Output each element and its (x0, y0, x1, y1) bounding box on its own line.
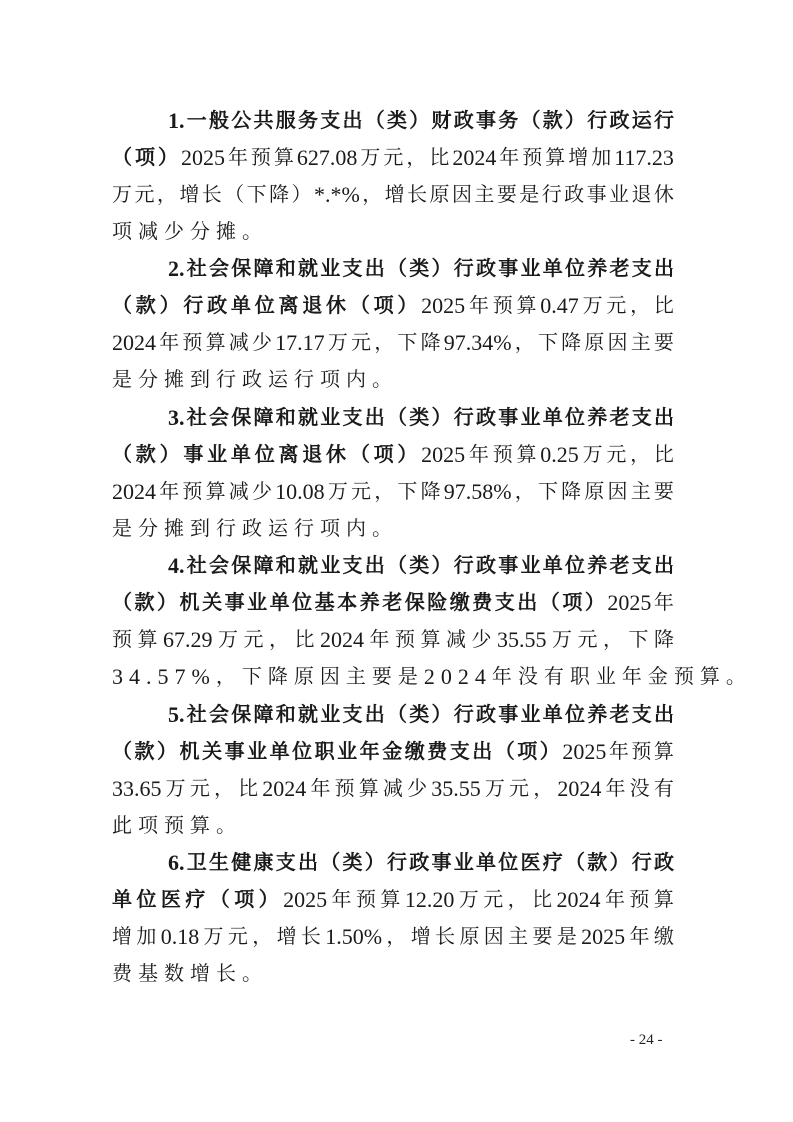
text-line: 5.社会保障和就业支出（类）行政事业单位养老支出 (112, 696, 674, 733)
text-line: 费基数增长。 (112, 955, 674, 992)
text-line: 是分摊到行政运行项内。 (112, 361, 674, 398)
budget-item-4: 4.社会保障和就业支出（类）行政事业单位养老支出（款）机关事业单位基本养老保险缴… (112, 547, 674, 695)
budget-item-3: 3.社会保障和就业支出（类）行政事业单位养老支出（款）事业单位离退休（项）202… (112, 399, 674, 547)
budget-item-2: 2.社会保障和就业支出（类）行政事业单位养老支出（款）行政单位离退休（项）202… (112, 250, 674, 398)
text-line: （款）事业单位离退休（项）2025年预算0.25万元，比 (112, 436, 674, 473)
text-line: 增加0.18万元，增长1.50%，增长原因主要是2025年缴 (112, 918, 674, 955)
text-line: （款）行政单位离退休（项）2025年预算0.47万元，比 (112, 287, 674, 324)
text-line: 预算67.29万元，比2024年预算减少35.55万元，下降 (112, 621, 674, 658)
text-line: 3.社会保障和就业支出（类）行政事业单位养老支出 (112, 399, 674, 436)
text-line: 4.社会保障和就业支出（类）行政事业单位养老支出 (112, 547, 674, 584)
text-line: 6.卫生健康支出（类）行政事业单位医疗（款）行政 (112, 844, 674, 881)
text-line: （款）机关事业单位基本养老保险缴费支出（项）2025年 (112, 584, 674, 621)
budget-item-1: 1.一般公共服务支出（类）财政事务（款）行政运行（项）2025年预算627.08… (112, 102, 674, 250)
text-line: 34.57%，下降原因主要是2024年没有职业年金预算。 (112, 658, 674, 695)
text-line: 单位医疗（项）2025年预算12.20万元，比2024年预算 (112, 881, 674, 918)
budget-item-5: 5.社会保障和就业支出（类）行政事业单位养老支出（款）机关事业单位职业年金缴费支… (112, 696, 674, 844)
budget-item-6: 6.卫生健康支出（类）行政事业单位医疗（款）行政单位医疗（项）2025年预算12… (112, 844, 674, 992)
text-line: （项）2025年预算627.08万元，比2024年预算增加117.23 (112, 139, 674, 176)
text-line: 1.一般公共服务支出（类）财政事务（款）行政运行 (112, 102, 674, 139)
text-line: 是分摊到行政运行项内。 (112, 510, 674, 547)
document-page: 1.一般公共服务支出（类）财政事务（款）行政运行（项）2025年预算627.08… (0, 0, 793, 1122)
page-number: - 24 - (630, 1032, 663, 1049)
text-line: （款）机关事业单位职业年金缴费支出（项）2025年预算 (112, 733, 674, 770)
text-line: 万元，增长（下降）*.*%，增长原因主要是行政事业退休 (112, 176, 674, 213)
text-line: 此项预算。 (112, 807, 674, 844)
text-line: 2.社会保障和就业支出（类）行政事业单位养老支出 (112, 250, 674, 287)
text-line: 2024年预算减少10.08万元，下降97.58%，下降原因主要 (112, 473, 674, 510)
text-line: 2024年预算减少17.17万元，下降97.34%，下降原因主要 (112, 324, 674, 361)
text-line: 项减少分摊。 (112, 213, 674, 250)
text-line: 33.65万元，比2024年预算减少35.55万元，2024年没有 (112, 770, 674, 807)
